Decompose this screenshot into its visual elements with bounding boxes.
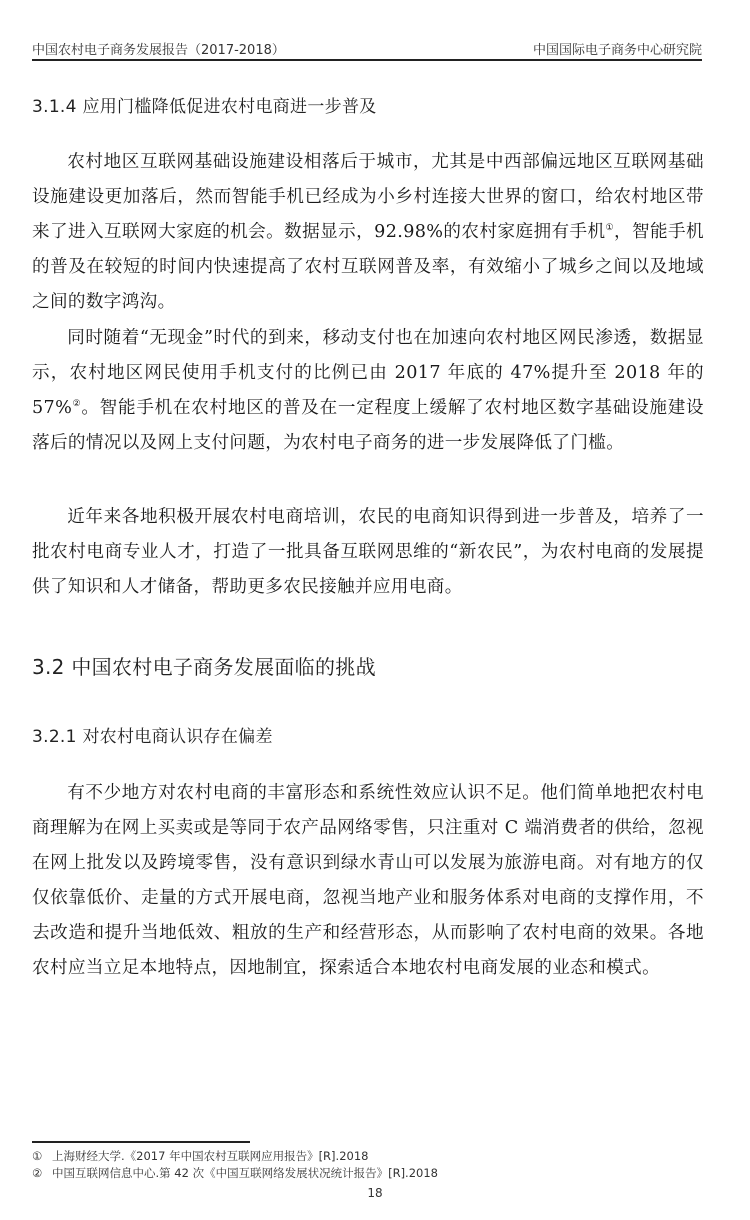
footnote-mark: ① (32, 1148, 52, 1165)
footnote-ref-2[interactable]: ② (72, 399, 81, 409)
paragraph-text: 农村地区互联网基础设施建设相落后于城市，尤其是中西部偏远地区互联网基础设施建设更… (32, 152, 704, 242)
footnote-mark: ② (32, 1165, 52, 1182)
paragraph-internet-infrastructure: 农村地区互联网基础设施建设相落后于城市，尤其是中西部偏远地区互联网基础设施建设更… (32, 145, 704, 320)
section-heading-3-1-4: 3.1.4 应用门槛降低促进农村电商进一步普及 (32, 92, 377, 117)
paragraph-text: 。智能手机在农村地区的普及在一定程度上缓解了农村地区数字基础设施建设落后的情况以… (32, 398, 704, 453)
running-header: 中国农村电子商务发展报告（2017-2018） 中国国际电子商务中心研究院 (32, 36, 702, 58)
header-divider (32, 59, 702, 61)
paragraph-ecommerce-training: 近年来各地积极开展农村电商培训，农民的电商知识得到进一步普及，培养了一批农村电商… (32, 500, 704, 605)
header-report-title: 中国农村电子商务发展报告（2017-2018） (32, 39, 285, 58)
section-heading-3-2-1: 3.2.1 对农村电商认识存在偏差 (32, 722, 273, 747)
footnote-ref-1[interactable]: ① (606, 223, 614, 233)
footnotes: ①上海财经大学.《2017 年中国农村互联网应用报告》[R].2018 ②中国互… (32, 1148, 712, 1182)
footnote-text: 上海财经大学.《2017 年中国农村互联网应用报告》[R].2018 (52, 1149, 368, 1163)
header-institution: 中国国际电子商务中心研究院 (533, 39, 702, 58)
footnote-1: ①上海财经大学.《2017 年中国农村互联网应用报告》[R].2018 (32, 1148, 712, 1165)
section-heading-3-2: 3.2 中国农村电子商务发展面临的挑战 (32, 651, 376, 680)
paragraph-understanding-bias: 有不少地方对农村电商的丰富形态和系统性效应认识不足。他们简单地把农村电商理解为在… (32, 776, 704, 986)
footnote-text: 中国互联网信息中心.第 42 次《中国互联网络发展状况统计报告》[R].2018 (52, 1166, 438, 1180)
paragraph-mobile-payment: 同时随着“无现金”时代的到来，移动支付也在加速向农村地区网民渗透，数据显示，农村… (32, 321, 704, 461)
footnote-2: ②中国互联网信息中心.第 42 次《中国互联网络发展状况统计报告》[R].201… (32, 1165, 712, 1182)
page-number: 18 (0, 1186, 750, 1200)
footnote-divider (32, 1141, 250, 1143)
